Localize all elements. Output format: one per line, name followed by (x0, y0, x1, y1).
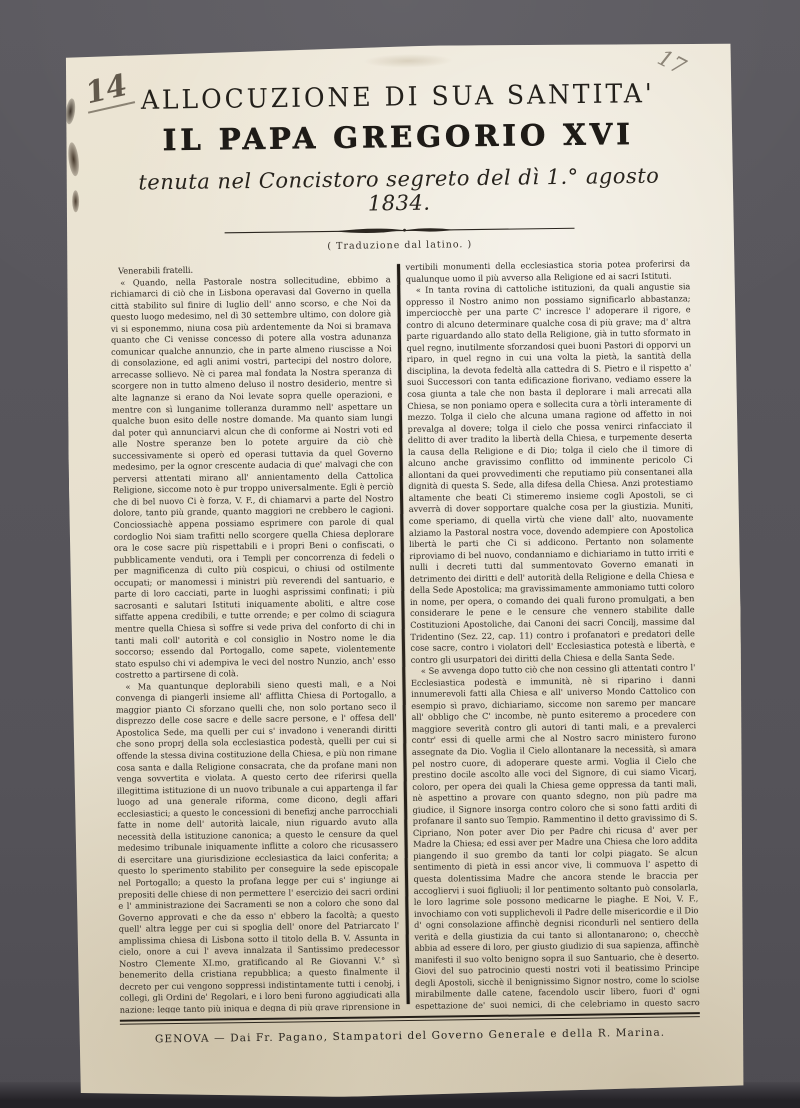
paragraph: « Ma quantunque deplorabili sieno questi… (115, 678, 401, 1014)
translation-note: ( Traduzione dal latino. ) (110, 236, 690, 255)
document-title-line1: ALLOCUZIONE DI SUA SANTITA' (108, 78, 688, 116)
document-title-line2: IL PAPA GREGORIO XVI (108, 116, 688, 158)
paragraph: « In tanta rovina di cattoliche istituzi… (406, 281, 695, 666)
printer-imprint: GENOVA — Dai Fr. Pagano, Stampatori del … (120, 1026, 700, 1046)
footer-double-rule (120, 1012, 700, 1025)
torn-edge-mark (67, 142, 81, 177)
document-subtitle: tenuta nel Concistoro segreto del dì 1.°… (109, 163, 690, 219)
left-column: Venerabili fratelli. « Quando, nella Pas… (110, 262, 403, 1014)
right-column: vertibili monumenti della ecclesiastica … (402, 258, 699, 1010)
printed-area: ALLOCUZIONE DI SUA SANTITA' IL PAPA GREG… (108, 78, 701, 1046)
two-column-body: Venerabili fratelli. « Quando, nella Pas… (110, 258, 700, 1014)
handwritten-number-right: 17 (653, 45, 689, 80)
paper-stain (363, 53, 453, 68)
paragraph: « Se avvenga dopo tutto ciò che non cess… (411, 662, 700, 1013)
torn-edge-mark (72, 190, 79, 212)
ornament-rule (224, 223, 574, 238)
paragraph: « Quando, nella Pastorale nostra solleci… (110, 274, 396, 682)
document-paper: 14 17 ALLOCUZIONE DI SUA SANTITA' IL PAP… (63, 42, 747, 1101)
